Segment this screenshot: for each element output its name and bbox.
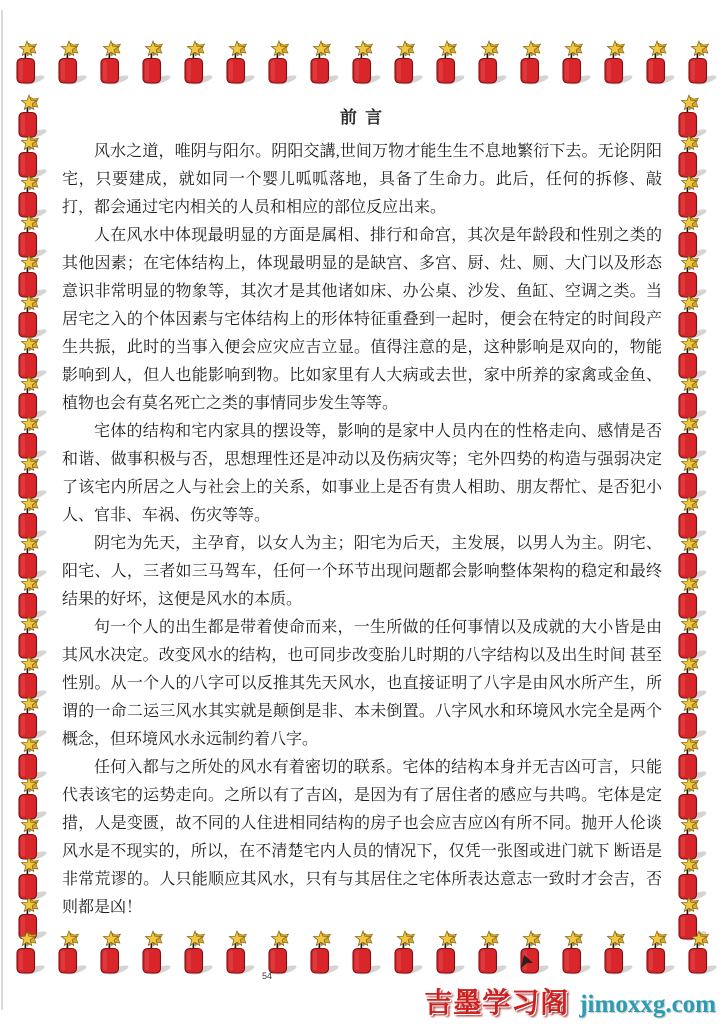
- paragraph: 人在风水中体现最明显的方面是属相、排行和命宫，其次是年龄段和性别之类的其他因素；…: [62, 222, 662, 418]
- firecracker-icon: [12, 40, 42, 86]
- firecracker-icon: [674, 294, 704, 334]
- scan-edge-artifact: [1, 10, 3, 1010]
- firecracker-icon: [180, 40, 210, 86]
- firecracker-icon: [14, 856, 44, 896]
- paragraph: 宅体的结构和宅内家具的摆设等，影响的是家中人员内在的性格走向、感情是否和谐、做事…: [62, 418, 662, 530]
- firecracker-icon: [674, 776, 704, 816]
- firecracker-icon: [14, 335, 44, 375]
- firecracker-icon: [674, 655, 704, 695]
- paragraph: 任何入都与之所处的风水有着密切的联系。宅体的结构本身并无吉凶可言，只能代表该宅的…: [62, 754, 662, 922]
- firecracker-icon: [558, 40, 588, 86]
- firecracker-icon: [14, 134, 44, 174]
- firecracker-icon: [674, 455, 704, 495]
- firecracker-icon: [14, 816, 44, 856]
- firecracker-icon: [138, 930, 168, 976]
- firecracker-icon: [14, 94, 44, 134]
- firecracker-icon: [674, 174, 704, 214]
- firecracker-icon: [14, 655, 44, 695]
- firecracker-icon: [674, 856, 704, 896]
- footer-watermark: 吉墨学习阁 jimoxxg.com: [424, 981, 716, 1021]
- firecracker-icon: [348, 40, 378, 86]
- firecracker-icon: [96, 40, 126, 86]
- paragraph: 句一个人的出生都是带着使命而来，一生所做的任何事情以及成就的大小皆是由其风水决定…: [62, 614, 662, 754]
- firecracker-icon: [390, 930, 420, 976]
- firecracker-icon: [674, 214, 704, 254]
- firecracker-icon: [180, 930, 210, 976]
- firecracker-icon: [516, 40, 546, 86]
- page-number: 54: [262, 971, 272, 981]
- firecracker-icon: [14, 214, 44, 254]
- firecracker-icon: [14, 174, 44, 214]
- firecracker-icon: [600, 40, 630, 86]
- border-left-firecracker-strip: [14, 94, 46, 936]
- footer-brand-text: 吉墨学习阁: [424, 981, 569, 1021]
- firecracker-icon: [14, 254, 44, 294]
- paragraph: 阴宅为先天，主孕育，以女人为主；阳宅为后天，主发展，以男人为主。阴宅、阳宅、人，…: [62, 530, 662, 614]
- page-title: 前 言: [62, 106, 662, 130]
- firecracker-icon: [674, 816, 704, 856]
- firecracker-icon: [674, 695, 704, 735]
- firecracker-icon: [432, 930, 462, 976]
- firecracker-icon: [264, 40, 294, 86]
- firecracker-icon: [14, 455, 44, 495]
- firecracker-icon: [14, 535, 44, 575]
- border-bottom-firecracker-strip: [12, 930, 714, 982]
- firecracker-icon: [96, 930, 126, 976]
- firecracker-icon: [600, 930, 630, 976]
- firecracker-icon: [264, 930, 294, 976]
- firecracker-icon: [558, 930, 588, 976]
- firecracker-icon: [222, 930, 252, 976]
- mouse-cursor-icon: [521, 955, 533, 968]
- firecracker-icon: [674, 415, 704, 455]
- firecracker-icon: [348, 930, 378, 976]
- firecracker-icon: [684, 40, 714, 86]
- firecracker-icon: [12, 930, 42, 976]
- firecracker-icon: [674, 134, 704, 174]
- firecracker-icon: [14, 776, 44, 816]
- firecracker-icon: [54, 930, 84, 976]
- firecracker-icon: [390, 40, 420, 86]
- border-right-firecracker-strip: [674, 94, 706, 936]
- firecracker-icon: [674, 736, 704, 776]
- firecracker-icon: [674, 375, 704, 415]
- firecracker-icon: [674, 94, 704, 134]
- firecracker-icon: [14, 495, 44, 535]
- firecracker-icon: [14, 294, 44, 334]
- border-top-firecracker-strip: [12, 40, 714, 92]
- firecracker-icon: [306, 930, 336, 976]
- firecracker-icon: [674, 535, 704, 575]
- firecracker-icon: [432, 40, 462, 86]
- firecracker-icon: [14, 415, 44, 455]
- footer-domain-link[interactable]: jimoxxg.com: [579, 991, 716, 1019]
- firecracker-icon: [642, 40, 672, 86]
- firecracker-icon: [674, 495, 704, 535]
- firecracker-icon: [516, 930, 546, 976]
- document-body: 前 言 风水之道，唯阴与阳尔。阴阳交講,世间万物才能生生不息地繁衍下去。无论阴阳…: [62, 106, 662, 922]
- firecracker-icon: [54, 40, 84, 86]
- firecracker-icon: [14, 736, 44, 776]
- firecracker-icon: [674, 254, 704, 294]
- firecracker-icon: [14, 575, 44, 615]
- firecracker-icon: [684, 930, 714, 976]
- firecracker-icon: [14, 615, 44, 655]
- firecracker-icon: [674, 335, 704, 375]
- firecracker-icon: [14, 695, 44, 735]
- firecracker-icon: [642, 930, 672, 976]
- firecracker-icon: [306, 40, 336, 86]
- paragraph: 风水之道，唯阴与阳尔。阴阳交講,世间万物才能生生不息地繁衍下去。无论阴阳宅，只要…: [62, 138, 662, 222]
- firecracker-icon: [222, 40, 252, 86]
- firecracker-icon: [474, 930, 504, 976]
- firecracker-icon: [474, 40, 504, 86]
- firecracker-icon: [674, 575, 704, 615]
- firecracker-icon: [138, 40, 168, 86]
- firecracker-icon: [14, 375, 44, 415]
- firecracker-icon: [674, 615, 704, 655]
